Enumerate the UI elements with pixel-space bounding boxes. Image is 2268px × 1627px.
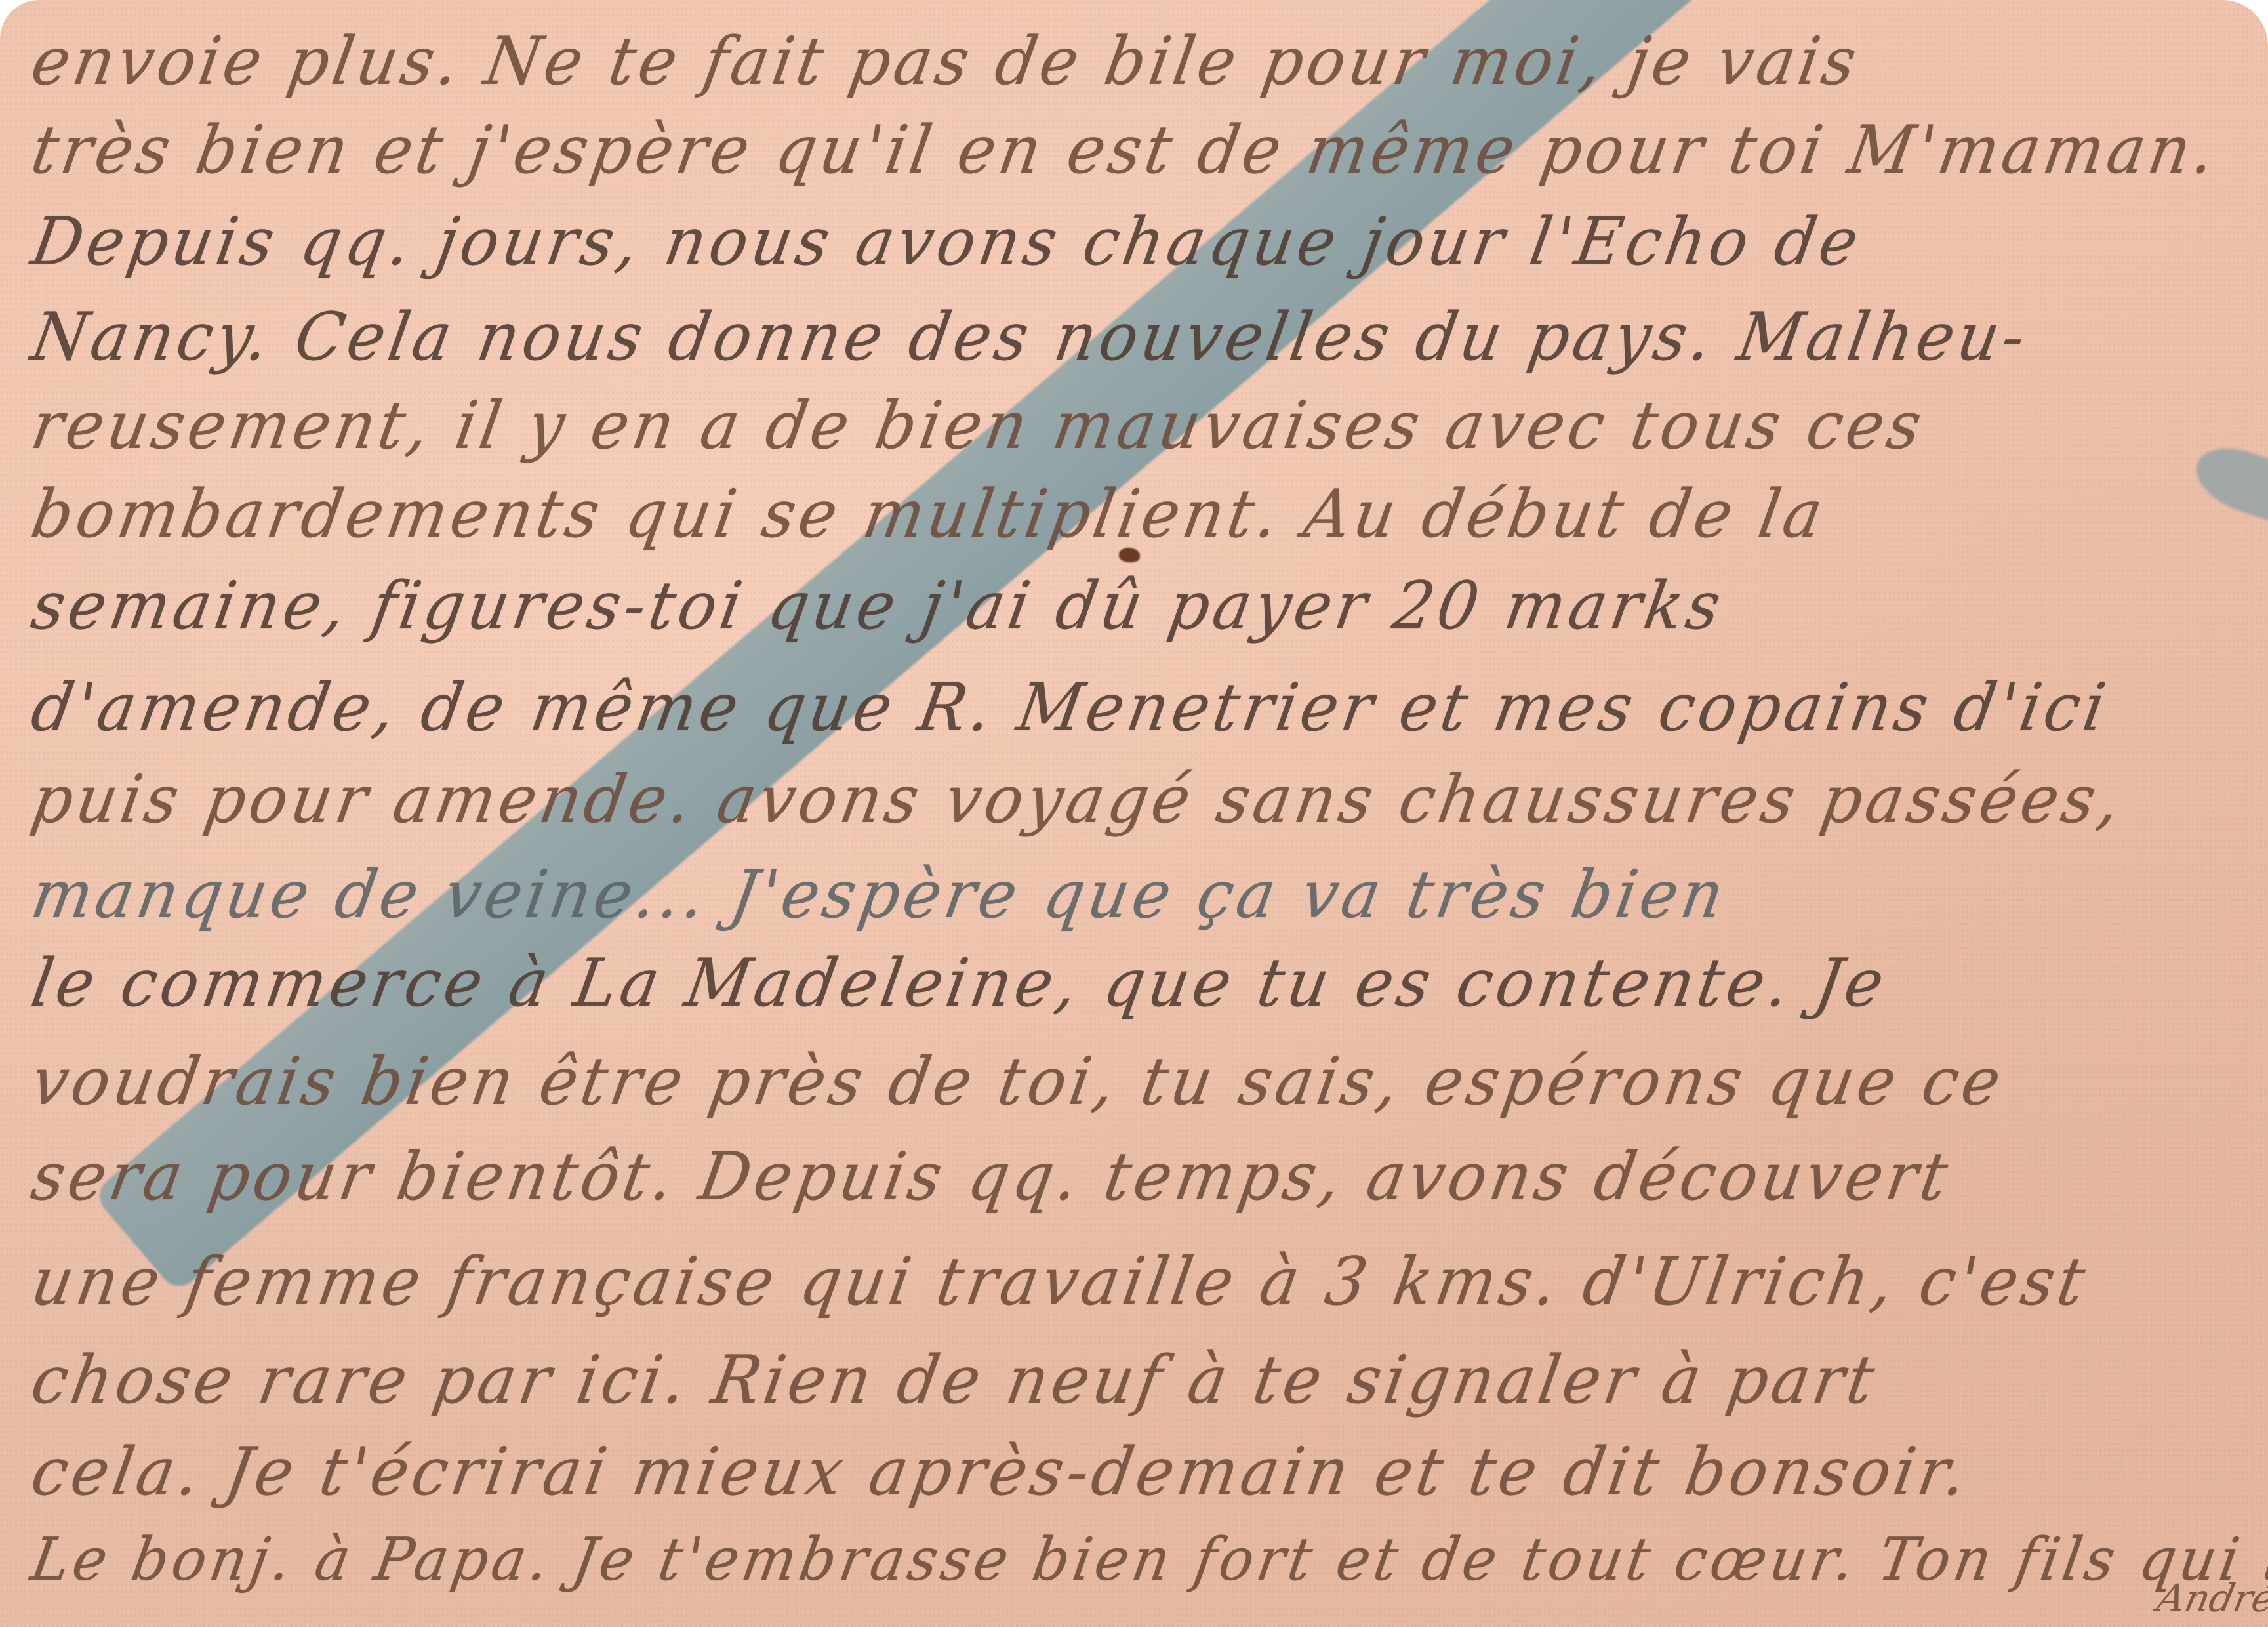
letter-line: puis pour amende. avons voyagé sans chau…	[26, 760, 2130, 838]
letter-line: bombardements qui se multiplient. Au déb…	[26, 475, 1832, 552]
letter-line: voudrais bien être près de toi, tu sais,…	[26, 1042, 2010, 1120]
letter-line: semaine, figures-toi que j'ai dû payer 2…	[26, 567, 1730, 644]
letter-line: une femme française qui travaille à 3 km…	[26, 1243, 2094, 1320]
letter-line: d'amende, de même que R. Menetrier et me…	[26, 669, 2115, 746]
letter-line: chose rare par ici. Rien de neuf à te si…	[26, 1341, 1884, 1418]
postcard: envoie plus. Ne te fait pas de bile pour…	[0, 0, 2268, 1627]
letter-line: Nancy. Cela nous donne des nouvelles du …	[26, 298, 2035, 375]
blue-grey-mark	[2187, 438, 2268, 526]
signature: André	[2153, 1576, 2268, 1620]
letter-line: reusement, il y en a de bien mauvaises a…	[26, 386, 1931, 464]
letter-line: très bien et j'espère qu'il en est de mê…	[26, 111, 2224, 188]
letter-line: sera pour bientôt. Depuis qq. temps, avo…	[26, 1138, 1956, 1215]
letter-line: le commerce à La Madeleine, que tu es co…	[26, 944, 1893, 1021]
letter-line: manque de veine... J'espère que ça va tr…	[26, 855, 1733, 933]
letter-line: Le bonj. à Papa. Je t'embrasse bien fort…	[26, 1525, 2268, 1594]
letter-line: envoie plus. Ne te fait pas de bile pour…	[26, 22, 1866, 100]
letter-line: cela. Je t'écrirai mieux après-demain et…	[26, 1433, 1976, 1510]
letter-line: Depuis qq. jours, nous avons chaque jour…	[26, 203, 1867, 280]
